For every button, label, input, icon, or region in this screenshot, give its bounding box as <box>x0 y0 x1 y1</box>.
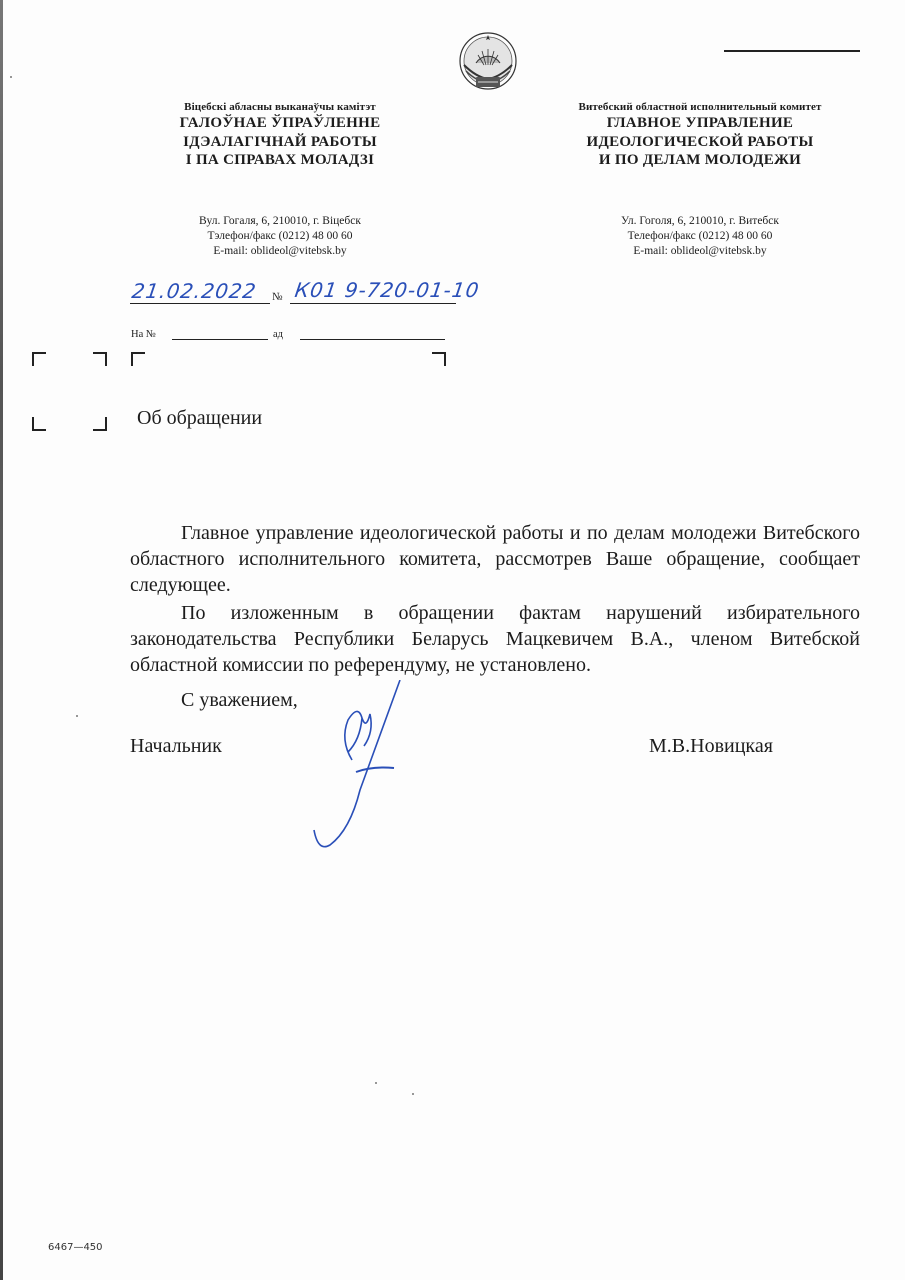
phone-by: Тэлефон/факс (0212) 48 00 60 <box>160 229 400 244</box>
reply-to-label: На № <box>131 329 156 340</box>
email-ru: E-mail: oblideol@vitebsk.by <box>580 244 820 259</box>
corner-mark <box>32 352 46 366</box>
corner-mark <box>32 417 46 431</box>
from-underline <box>300 339 445 340</box>
coat-of-arms-icon <box>456 25 520 101</box>
date-underline <box>130 303 270 304</box>
address-russian: Ул. Гоголя, 6, 210010, г. Витебск Телефо… <box>580 214 820 259</box>
department-line1-ru: ГЛАВНОЕ УПРАВЛЕНИЕ <box>548 114 852 132</box>
address-belarusian: Вул. Гогаля, 6, 210010, г. Віцебск Тэлеф… <box>160 214 400 259</box>
scan-speck <box>76 715 78 717</box>
handwritten-signature-icon <box>300 680 420 860</box>
body-paragraph-1: Главное управление идеологической работы… <box>130 520 860 598</box>
department-line3-by: І ПА СПРАВАХ МОЛАДЗІ <box>150 151 410 169</box>
scan-speck <box>375 1082 377 1084</box>
street-address-ru: Ул. Гоголя, 6, 210010, г. Витебск <box>580 214 820 229</box>
closing-salutation: С уважением, <box>181 689 298 712</box>
from-label: ад <box>273 329 283 340</box>
committee-name-by: Віцебскі абласны выканаўчы камітэт <box>150 101 410 114</box>
handwritten-date: 21.02.2022 <box>130 279 258 303</box>
street-address-by: Вул. Гогаля, 6, 210010, г. Віцебск <box>160 214 400 229</box>
corner-mark <box>93 352 107 366</box>
scan-speck <box>10 76 12 78</box>
top-right-rule <box>724 50 860 52</box>
department-line1-by: ГАЛОЎНАЕ ЎПРАЎЛЕННЕ <box>150 114 410 132</box>
form-code: 6467—450 <box>48 1242 103 1253</box>
signatory-name: М.В.Новицкая <box>649 735 773 758</box>
department-line2-ru: ИДЕОЛОГИЧЕСКОЙ РАБОТЫ <box>548 133 852 151</box>
letterhead-russian: Витебский областной исполнительный комит… <box>548 101 852 169</box>
number-underline <box>290 303 456 304</box>
committee-name-ru: Витебский областной исполнительный комит… <box>548 101 852 114</box>
body-paragraph-2: По изложенным в обращении фактам нарушен… <box>130 600 860 678</box>
reply-to-underline <box>172 339 268 340</box>
corner-mark <box>131 352 145 366</box>
scan-speck <box>412 1093 414 1095</box>
department-line2-by: ІДЭАЛАГІЧНАЙ РАБОТЫ <box>150 133 410 151</box>
letterhead-belarusian: Віцебскі абласны выканаўчы камітэт ГАЛОЎ… <box>150 101 410 169</box>
phone-ru: Телефон/факс (0212) 48 00 60 <box>580 229 820 244</box>
number-label: № <box>272 291 283 303</box>
paragraph-text: Главное управление идеологической работы… <box>130 520 860 598</box>
signatory-title: Начальник <box>130 735 222 758</box>
scan-left-edge <box>0 0 3 1280</box>
corner-mark <box>93 417 107 431</box>
corner-mark <box>432 352 446 366</box>
handwritten-reg-number: К01 9-720-01-10 <box>293 278 481 302</box>
email-by: E-mail: oblideol@vitebsk.by <box>160 244 400 259</box>
paragraph-text: По изложенным в обращении фактам нарушен… <box>130 600 860 678</box>
letter-subject: Об обращении <box>137 407 262 430</box>
department-line3-ru: И ПО ДЕЛАМ МОЛОДЕЖИ <box>548 151 852 169</box>
